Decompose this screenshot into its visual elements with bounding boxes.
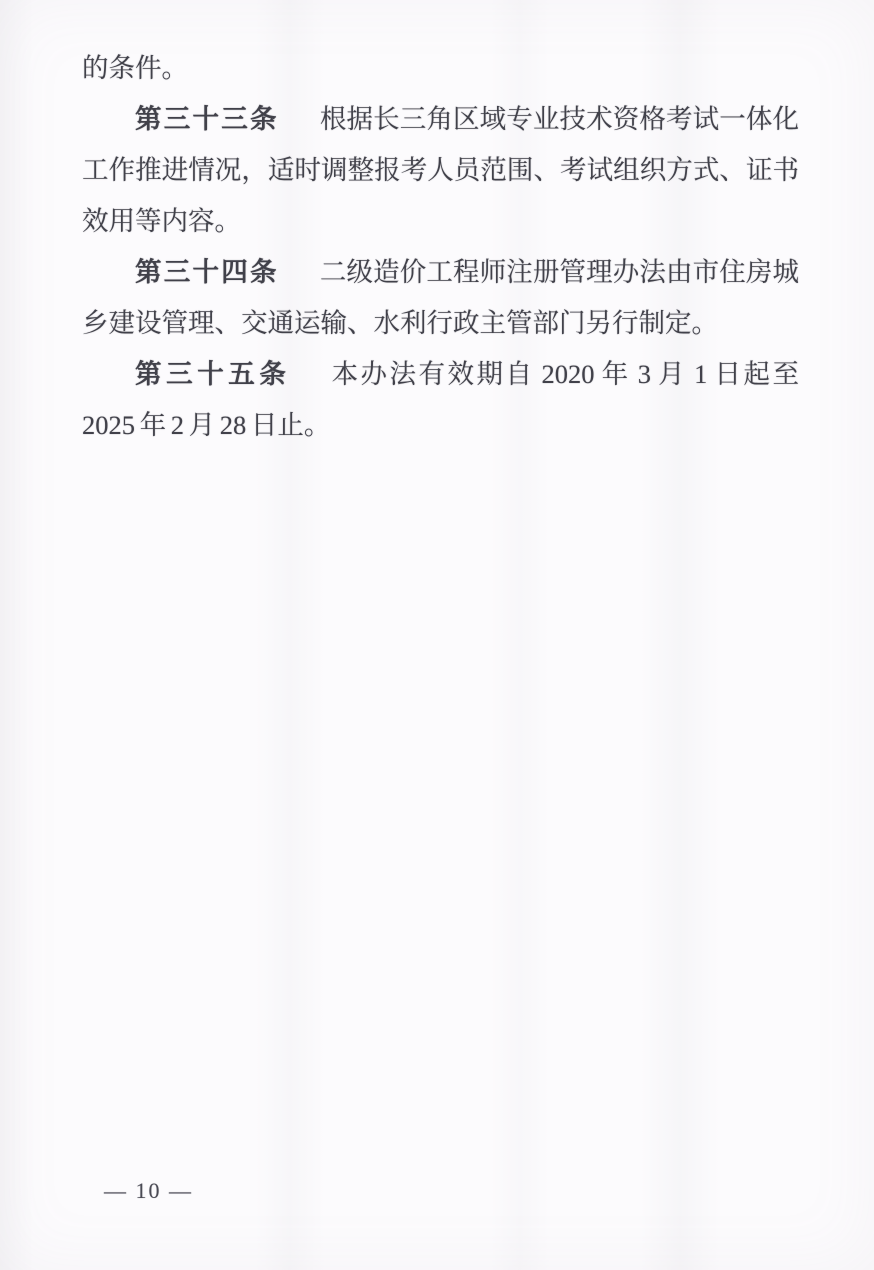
page-footer: — 10 — bbox=[104, 1176, 193, 1206]
scan-streak bbox=[0, 0, 34, 1270]
scanned-document-page: 的条件。 第三十三条根据长三角区域专业技术资格考试一体化工作推进情况，适时调整报… bbox=[0, 0, 874, 1270]
paragraph-article-34: 第三十四条二级造价工程师注册管理办法由市住房城乡建设管理、交通运输、水利行政主管… bbox=[82, 247, 799, 349]
paragraph-continuation: 的条件。 bbox=[82, 43, 799, 94]
article-number: 第三十四条 bbox=[135, 257, 279, 287]
document-body: 的条件。 第三十三条根据长三角区域专业技术资格考试一体化工作推进情况，适时调整报… bbox=[82, 43, 799, 451]
paragraph-text: 的条件。 bbox=[82, 53, 188, 83]
paragraph-article-35: 第三十五条本办法有效期自 2020 年 3 月 1 日起至 2025 年 2 月… bbox=[82, 349, 799, 451]
page-number: — 10 — bbox=[104, 1178, 193, 1203]
article-number: 第三十三条 bbox=[135, 104, 279, 134]
paragraph-article-33: 第三十三条根据长三角区域专业技术资格考试一体化工作推进情况，适时调整报考人员范围… bbox=[82, 94, 799, 247]
article-number: 第三十五条 bbox=[135, 359, 291, 389]
